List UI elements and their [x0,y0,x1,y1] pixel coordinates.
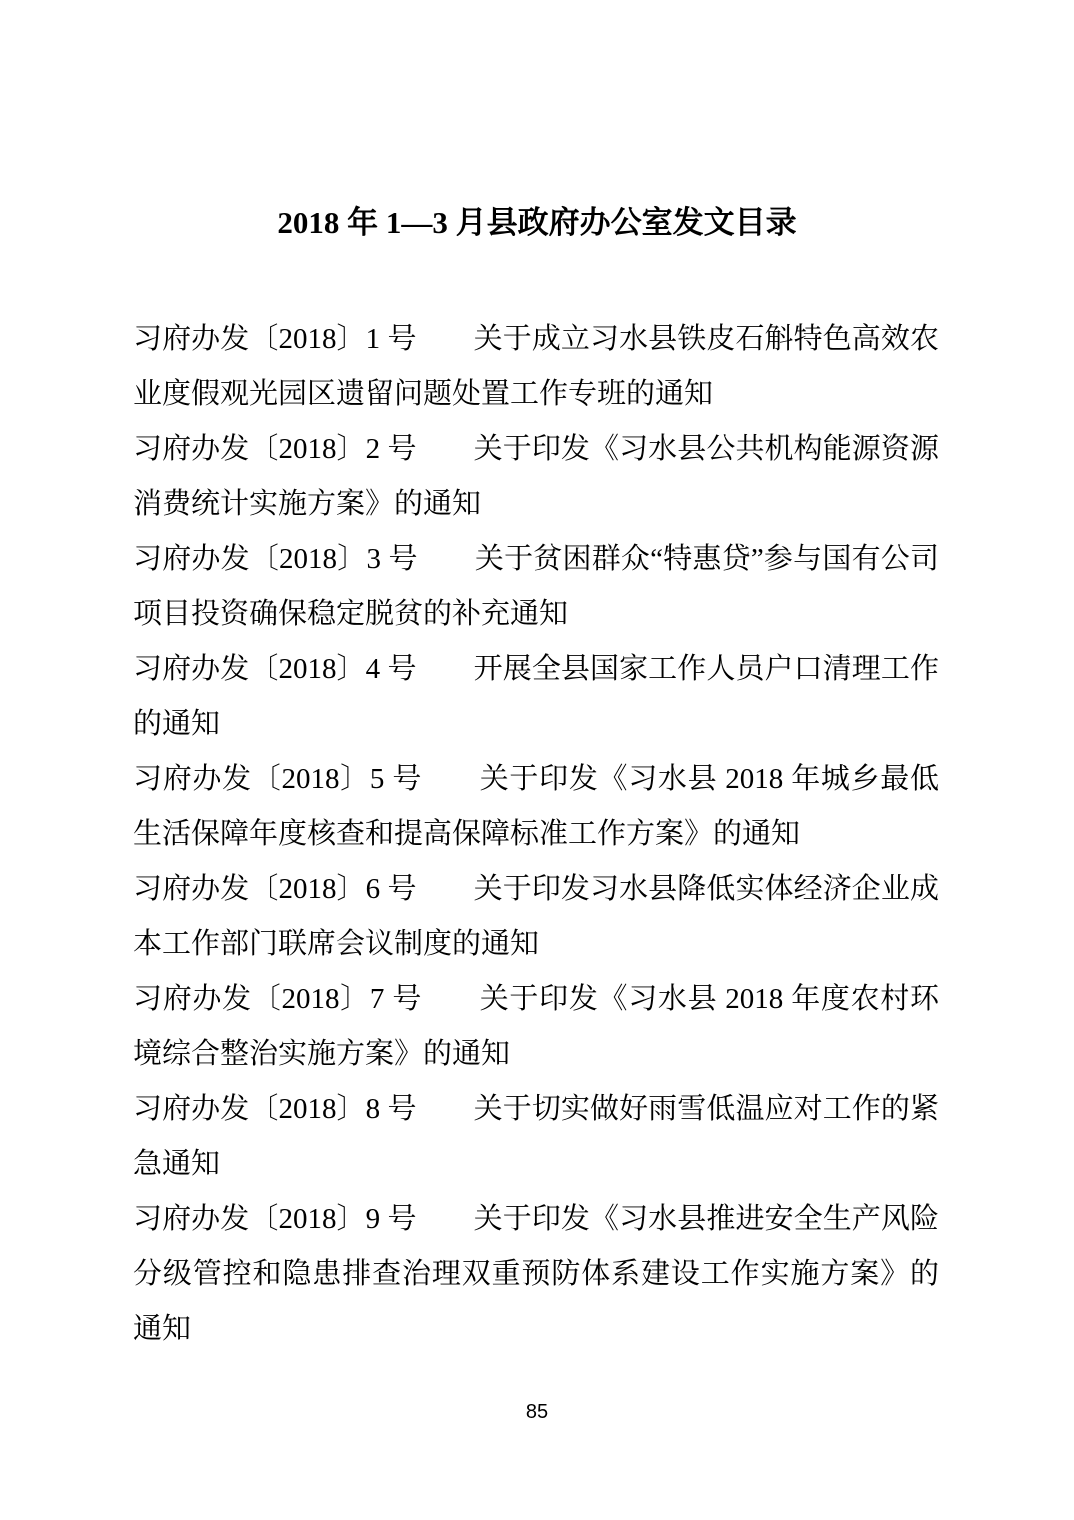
entry-row: 习府办发〔2018〕1 号关于成立习水县铁皮石斛特色高效农业度假观光园区遗留问题… [133,312,939,422]
number-title-spacer [417,347,474,348]
entry-doc-number: 习府办发〔2018〕2 号 [133,433,417,465]
number-title-spacer [417,1117,474,1118]
entry-row: 习府办发〔2018〕3 号关于贫困群众“特惠贷”参与国有公司项目投资确保稳定脱贫… [133,532,939,642]
entry-list: 习府办发〔2018〕1 号关于成立习水县铁皮石斛特色高效农业度假观光园区遗留问题… [133,312,939,1357]
document-title: 2018 年 1—3 月县政府办公室发文目录 [0,203,1074,243]
entry-doc-number: 习府办发〔2018〕1 号 [133,323,417,355]
number-title-spacer [417,677,474,678]
number-title-spacer [417,1227,474,1228]
number-title-spacer [422,787,479,788]
entry-row: 习府办发〔2018〕2 号关于印发《习水县公共机构能源资源消费统计实施方案》的通… [133,422,939,532]
entry-row: 习府办发〔2018〕4 号开展全县国家工作人员户口清理工作的通知 [133,642,939,752]
entry-doc-number: 习府办发〔2018〕3 号 [133,543,418,575]
entry-doc-number: 习府办发〔2018〕8 号 [133,1093,417,1125]
number-title-spacer [422,1007,479,1008]
entry-doc-number: 习府办发〔2018〕9 号 [133,1203,417,1235]
entry-doc-number: 习府办发〔2018〕6 号 [133,873,417,905]
document-page: 2018 年 1—3 月县政府办公室发文目录 习府办发〔2018〕1 号关于成立… [0,0,1074,1520]
entry-doc-number: 习府办发〔2018〕5 号 [133,763,422,795]
entry-row: 习府办发〔2018〕6 号关于印发习水县降低实体经济企业成本工作部门联席会议制度… [133,862,939,972]
entry-doc-number: 习府办发〔2018〕7 号 [133,983,422,1015]
entry-row: 习府办发〔2018〕7 号关于印发《习水县 2018 年度农村环境综合整治实施方… [133,972,939,1082]
entry-row: 习府办发〔2018〕5 号关于印发《习水县 2018 年城乡最低生活保障年度核查… [133,752,939,862]
entry-row: 习府办发〔2018〕8 号关于切实做好雨雪低温应对工作的紧急通知 [133,1082,939,1192]
entry-row: 习府办发〔2018〕9 号关于印发《习水县推进安全生产风险分级管控和隐患排查治理… [133,1192,939,1357]
number-title-spacer [417,897,474,898]
page-number: 85 [0,1400,1074,1424]
number-title-spacer [418,567,475,568]
entry-doc-number: 习府办发〔2018〕4 号 [133,653,417,685]
number-title-spacer [417,457,474,458]
